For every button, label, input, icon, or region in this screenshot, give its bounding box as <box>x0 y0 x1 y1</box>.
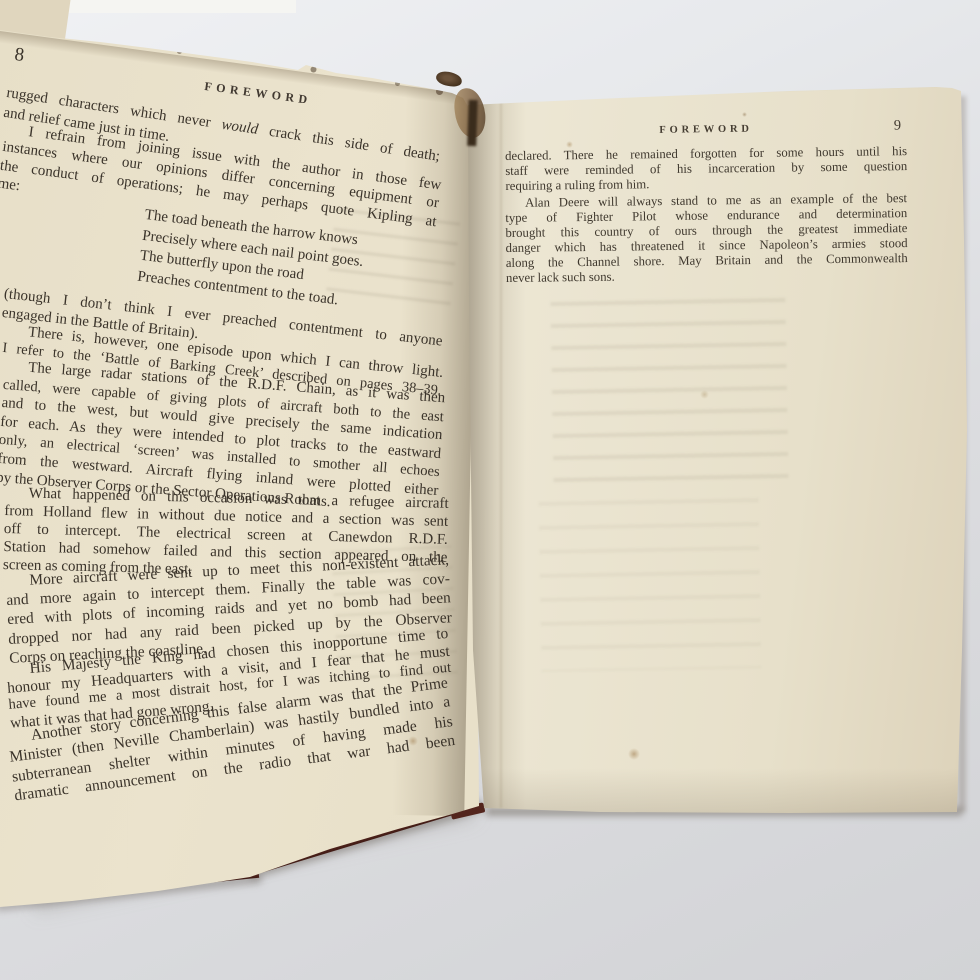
page-crease <box>500 92 502 808</box>
show-through <box>550 298 788 487</box>
paragraph: Alan Deere will always stand to me as an… <box>505 191 908 285</box>
foxing-spot <box>566 141 573 148</box>
edge-shadow <box>470 768 966 814</box>
running-header-row: FOREWORD 9 <box>505 121 907 138</box>
page-number: 9 <box>894 117 901 134</box>
spine-fragment <box>467 100 478 146</box>
book-photo-scene: 8 FOREWORD rugged characters which never… <box>0 0 980 980</box>
text-segment-italic: would <box>221 117 260 138</box>
foxing-spot <box>742 112 747 117</box>
page-number: 8 <box>13 44 26 67</box>
foxing-spot <box>628 748 640 760</box>
spine-fragment <box>435 70 463 88</box>
show-through <box>539 498 762 672</box>
running-header: FOREWORD <box>505 121 907 138</box>
edge-shadow <box>470 74 964 101</box>
paragraph: declared. There he remained forgotten fo… <box>505 144 908 194</box>
surface-highlight <box>46 0 296 13</box>
foxing-spot <box>700 390 709 399</box>
foxing-spot <box>616 46 630 58</box>
